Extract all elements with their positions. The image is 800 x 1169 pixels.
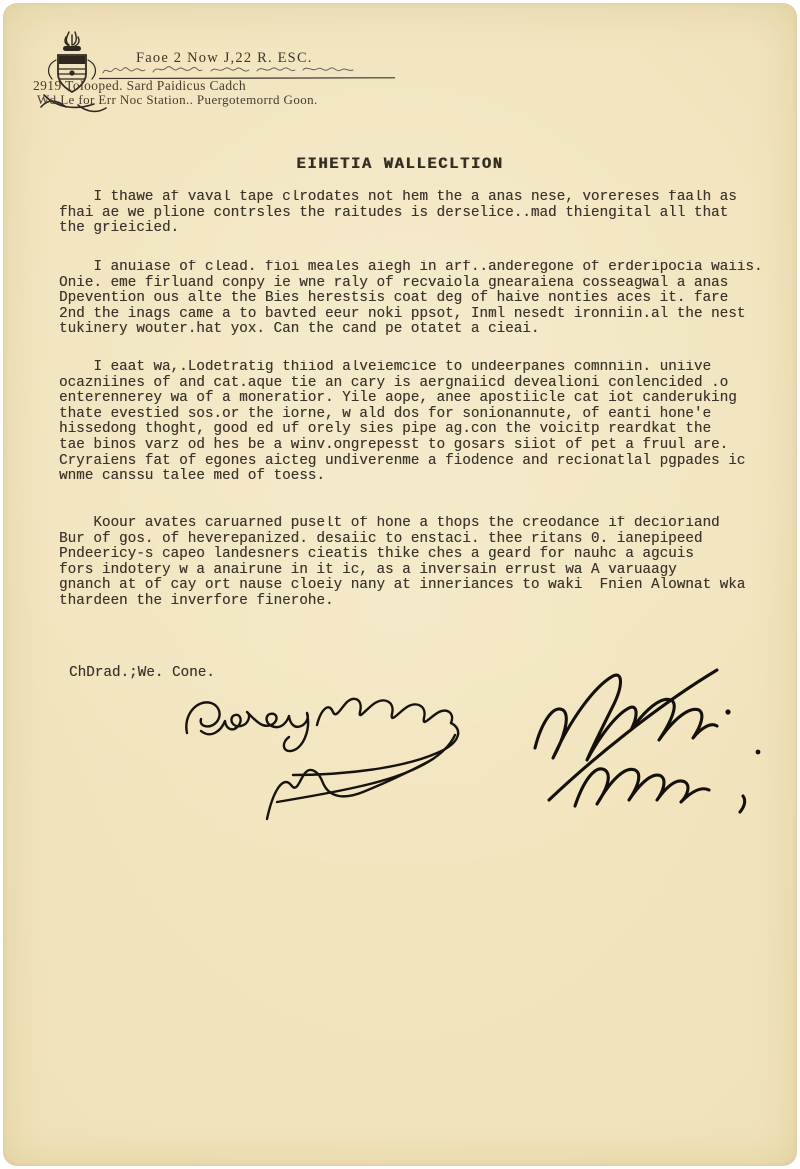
right-signature — [521, 648, 796, 818]
letter-title: EIHETIA WALLECLTION — [3, 155, 797, 173]
letter-paragraph-4: Koour avates caruarned puselt of hone a … — [59, 516, 783, 610]
letter-paragraph-2: I anuiase of clead. fioi meales aiegh in… — [59, 260, 783, 338]
left-signature — [171, 675, 471, 825]
paper-sheet: Faoe 2 Now J,22 R. ESC. 2919 Tolooped. S… — [3, 3, 797, 1166]
scanned-letter-page: Faoe 2 Now J,22 R. ESC. 2919 Tolooped. S… — [0, 0, 800, 1169]
letter-paragraph-1: I thawe af vaval tape clrodates not hem … — [59, 190, 783, 237]
address-line-2: Wd.Le for Err Noc Station.. Puergotemorr… — [37, 92, 318, 108]
letter-paragraph-3: I eaat wa,.Lodetratig thiiod alveiemcice… — [59, 360, 783, 485]
